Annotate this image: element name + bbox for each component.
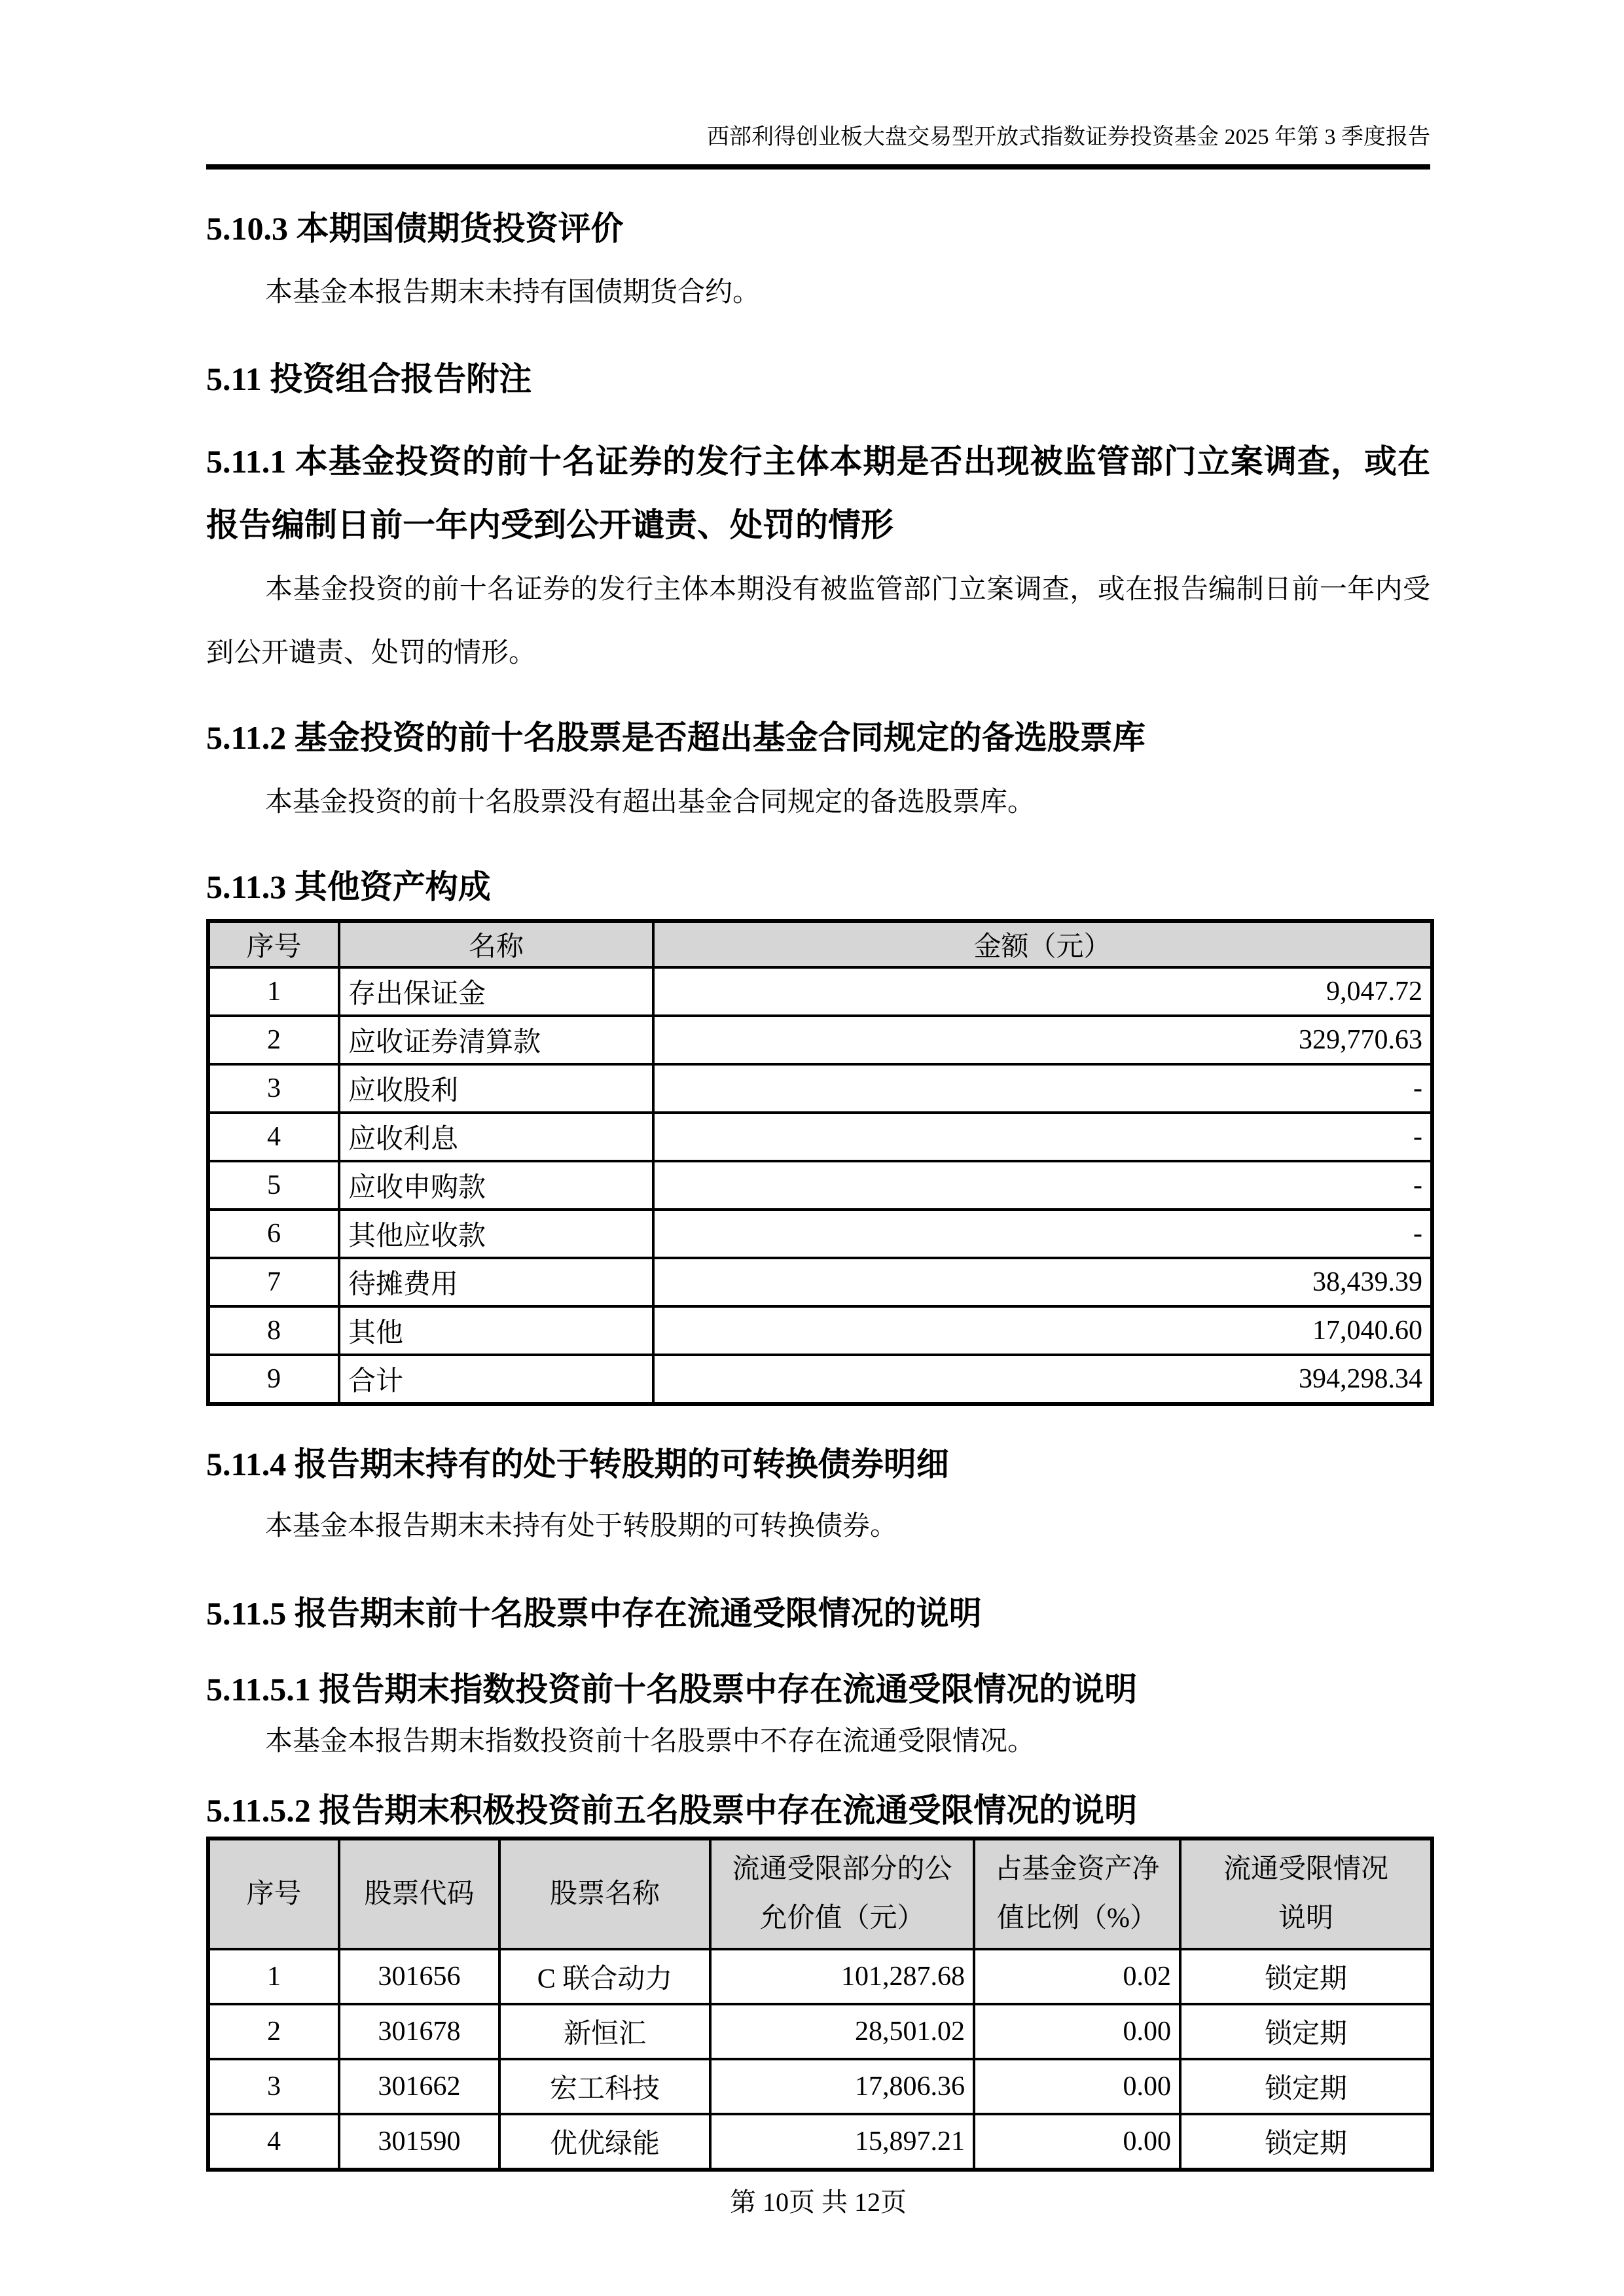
t1-r4-name: 应收利息 [339,1113,653,1161]
t2-r2-fairvalue: 28,501.02 [710,2004,974,2059]
t2-r4-name: 优优绿能 [499,2114,710,2170]
table-row: 6 其他应收款 - [208,1210,1432,1258]
t1-r3-seq: 3 [208,1064,339,1113]
t1-header-name: 名称 [339,921,653,967]
heading-5-11-3: 5.11.3 其他资产构成 [206,861,1430,913]
restricted-header-row: 序号 股票代码 股票名称 流通受限部分的公 允价值（元） 占基金资产净 值比例（ [208,1839,1432,1949]
t2-header-name: 股票名称 [499,1839,710,1949]
t2-header-seq-line1: 序号 [210,1870,338,1919]
t1-header-seq: 序号 [208,921,339,967]
t1-r9-name: 合计 [339,1355,653,1404]
heading-5-10-3: 5.10.3 本期国债期货投资评价 [206,202,1430,255]
t2-r4-seq: 4 [208,2114,339,2170]
t1-r3-name: 应收股利 [339,1064,653,1113]
table-row: 5 应收申购款 - [208,1161,1432,1210]
t1-r8-seq: 8 [208,1306,339,1355]
t2-r2-pct: 0.00 [974,2004,1180,2059]
table-row: 2 应收证券清算款 329,770.63 [208,1016,1432,1064]
table-row: 4 应收利息 - [208,1113,1432,1161]
heading-5-11-4: 5.11.4 报告期末持有的处于转股期的可转换债券明细 [206,1438,1430,1490]
t1-r8-name: 其他 [339,1306,653,1355]
t1-r6-name: 其他应收款 [339,1210,653,1258]
heading-5-11-5-2: 5.11.5.2 报告期末积极投资前五名股票中存在流通受限情况的说明 [206,1784,1430,1837]
heading-5-11-2: 5.11.2 基金投资的前十名股票是否超出基金合同规定的备选股票库 [206,711,1430,764]
t2-header-fairvalue: 流通受限部分的公 允价值（元） [710,1839,974,1949]
t1-r7-seq: 7 [208,1258,339,1306]
t2-r2-code: 301678 [339,2004,499,2059]
t2-r1-pct: 0.02 [974,1949,1180,2004]
t1-r8-amount: 17,040.60 [653,1306,1432,1355]
t1-r6-seq: 6 [208,1210,339,1258]
table-row: 9 合计 394,298.34 [208,1355,1432,1404]
t1-r1-seq: 1 [208,967,339,1016]
t2-r3-note: 锁定期 [1180,2059,1432,2114]
t1-header-amount: 金额（元） [653,921,1432,967]
t2-header-name-line1: 股票名称 [501,1870,709,1919]
t2-header-pct-line2: 值比例（%） [975,1894,1179,1943]
heading-5-11-1: 5.11.1 本基金投资的前十名证券的发行主体本期是否出现被监管部门立案调查，或… [206,430,1430,557]
heading-5-11-5-1: 5.11.5.1 报告期末指数投资前十名股票中存在流通受限情况的说明 [206,1663,1430,1715]
page-content: 西部利得创业板大盘交易型开放式指数证券投资基金 2025 年第 3 季度报告 5… [206,0,1430,2229]
t2-header-note-line1: 流通受限情况 [1182,1845,1430,1894]
t2-r1-fairvalue: 101,287.68 [710,1949,974,2004]
table-row: 1 存出保证金 9,047.72 [208,967,1432,1016]
t2-header-seq: 序号 [208,1839,339,1949]
table-row: 1 301656 C 联合动力 101,287.68 0.02 锁定期 [208,1949,1432,2004]
t2-r4-fairvalue: 15,897.21 [710,2114,974,2170]
t2-r2-seq: 2 [208,2004,339,2059]
t1-r1-name: 存出保证金 [339,967,653,1016]
t2-r2-name: 新恒汇 [499,2004,710,2059]
page-footer: 第 10页 共 12页 [206,2176,1430,2229]
t2-r1-seq: 1 [208,1949,339,2004]
restricted-shares-table: 序号 股票代码 股票名称 流通受限部分的公 允价值（元） 占基金资产净 值比例（ [206,1837,1434,2172]
t2-r3-fairvalue: 17,806.36 [710,2059,974,2114]
t2-header-pct: 占基金资产净 值比例（%） [974,1839,1180,1949]
t2-r1-code: 301656 [339,1949,499,2004]
t1-r6-amount: - [653,1210,1432,1258]
t2-header-code: 股票代码 [339,1839,499,1949]
table-row: 4 301590 优优绿能 15,897.21 0.00 锁定期 [208,2114,1432,2170]
t2-r3-code: 301662 [339,2059,499,2114]
t2-header-note: 流通受限情况 说明 [1180,1839,1432,1949]
page-header-title: 西部利得创业板大盘交易型开放式指数证券投资基金 2025 年第 3 季度报告 [707,125,1430,149]
t1-r1-amount: 9,047.72 [653,967,1432,1016]
report-page: 西部利得创业板大盘交易型开放式指数证券投资基金 2025 年第 3 季度报告 5… [0,0,1624,2296]
t2-r4-pct: 0.00 [974,2114,1180,2170]
other-assets-header-row: 序号 名称 金额（元） [208,921,1432,967]
page-header: 西部利得创业板大盘交易型开放式指数证券投资基金 2025 年第 3 季度报告 [206,124,1430,170]
para-5-11-1: 本基金投资的前十名证券的发行主体本期没有被监管部门立案调查，或在报告编制日前一年… [206,558,1430,685]
t2-header-fairvalue-line1: 流通受限部分的公 [712,1845,973,1894]
t2-r4-code: 301590 [339,2114,499,2170]
t1-r7-amount: 38,439.39 [653,1258,1432,1306]
para-5-11-4: 本基金本报告期末未持有处于转股期的可转换债券。 [206,1500,1430,1552]
t1-r4-amount: - [653,1113,1432,1161]
t1-r2-name: 应收证券清算款 [339,1016,653,1064]
t1-r5-seq: 5 [208,1161,339,1210]
t1-r5-name: 应收申购款 [339,1161,653,1210]
t1-r9-amount: 394,298.34 [653,1355,1432,1404]
heading-5-11-5: 5.11.5 报告期末前十名股票中存在流通受限情况的说明 [206,1587,1430,1640]
other-assets-table: 序号 名称 金额（元） 1 存出保证金 9,047.72 2 应收证券清算款 3… [206,919,1434,1406]
t1-r4-seq: 4 [208,1113,339,1161]
table-row: 3 301662 宏工科技 17,806.36 0.00 锁定期 [208,2059,1432,2114]
table-row: 7 待摊费用 38,439.39 [208,1258,1432,1306]
t2-r3-seq: 3 [208,2059,339,2114]
t1-r5-amount: - [653,1161,1432,1210]
t2-r1-name: C 联合动力 [499,1949,710,2004]
para-5-11-5-1: 本基金本报告期末指数投资前十名股票中不存在流通受限情况。 [206,1715,1430,1768]
table-row: 3 应收股利 - [208,1064,1432,1113]
t2-header-pct-line1: 占基金资产净 [975,1845,1179,1894]
table-row: 8 其他 17,040.60 [208,1306,1432,1355]
t1-r2-amount: 329,770.63 [653,1016,1432,1064]
t2-r3-pct: 0.00 [974,2059,1180,2114]
t2-header-code-line1: 股票代码 [340,1870,498,1919]
t2-r3-name: 宏工科技 [499,2059,710,2114]
t2-r2-note: 锁定期 [1180,2004,1432,2059]
para-5-10-3: 本基金本报告期末未持有国债期货合约。 [206,266,1430,319]
t1-r3-amount: - [653,1064,1432,1113]
t1-r9-seq: 9 [208,1355,339,1404]
heading-5-11: 5.11 投资组合报告附注 [206,353,1430,405]
t2-r4-note: 锁定期 [1180,2114,1432,2170]
t2-r1-note: 锁定期 [1180,1949,1432,2004]
table-row: 2 301678 新恒汇 28,501.02 0.00 锁定期 [208,2004,1432,2059]
para-5-11-2: 本基金投资的前十名股票没有超出基金合同规定的备选股票库。 [206,776,1430,829]
t1-r7-name: 待摊费用 [339,1258,653,1306]
t2-header-fairvalue-line2: 允价值（元） [712,1894,973,1943]
t1-r2-seq: 2 [208,1016,339,1064]
t2-header-note-line2: 说明 [1182,1894,1430,1943]
